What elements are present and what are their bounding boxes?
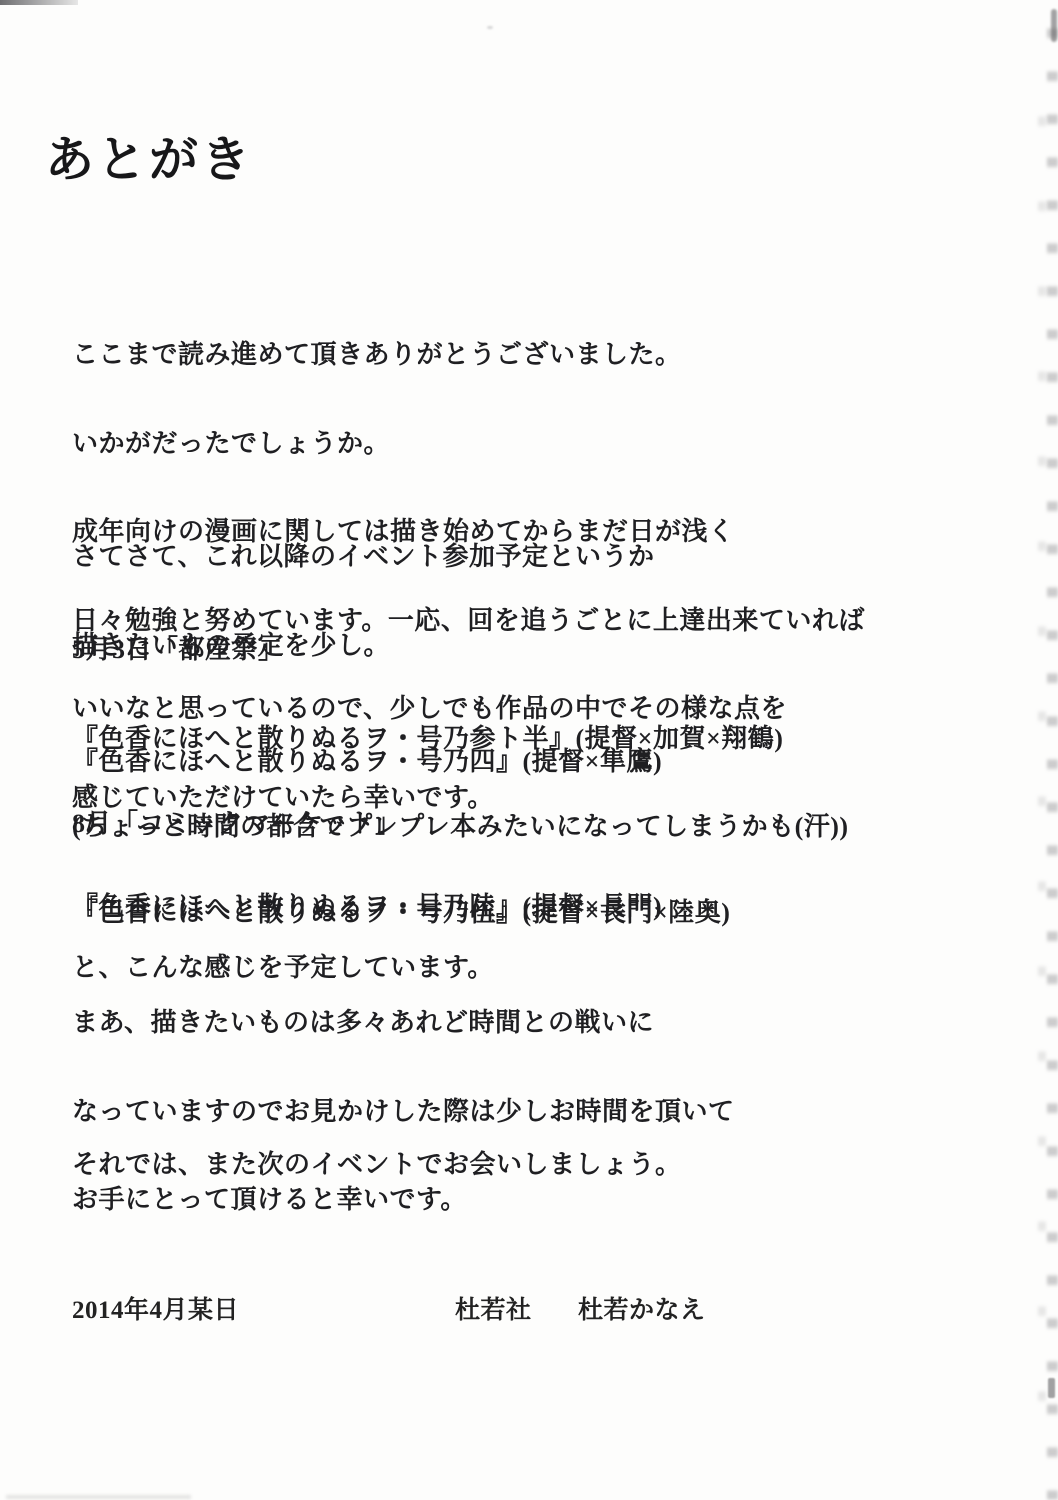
text-line: さてさて、これ以降のイベント参加予定というか	[72, 542, 654, 572]
afterword-page: あとがき ここまで読み進めて頂きありがとうございました。 いかがだったでしょうか…	[0, 0, 1058, 1500]
page-title: あとがき	[45, 121, 253, 191]
text-line: まあ、描きたいものは多々あれど時間との戦いに	[72, 1008, 735, 1038]
text-line: それでは、また次のイベントでお会いしましょう。	[72, 1150, 682, 1180]
text-line: ここまで読み進めて頂きありがとうございました。	[72, 340, 865, 370]
scan-artifact-right-inner	[1038, 60, 1046, 1440]
scan-artifact-bottom-left	[6, 1495, 191, 1499]
scan-artifact-lower-right	[1048, 1378, 1055, 1398]
scan-artifact-top-right	[1051, 9, 1057, 42]
text-line: 5月3日「都産祭」	[72, 635, 849, 665]
scan-artifact-right-edge	[1047, 0, 1058, 1500]
footer: 2014年4月某日 杜若社 杜若かなえ	[0, 1290, 1058, 1322]
footer-circle-name: 杜若社	[455, 1290, 532, 1326]
scan-artifact-top-dot	[487, 26, 493, 29]
text-line: いかがだったでしょうか。	[72, 429, 865, 459]
scan-artifact-top-left-strip	[0, 0, 78, 5]
paragraph-farewell: それでは、また次のイベントでお会いしましょう。	[72, 1091, 682, 1239]
footer-date: 2014年4月某日	[72, 1290, 239, 1326]
footer-author-name: 杜若かなえ	[578, 1290, 706, 1326]
